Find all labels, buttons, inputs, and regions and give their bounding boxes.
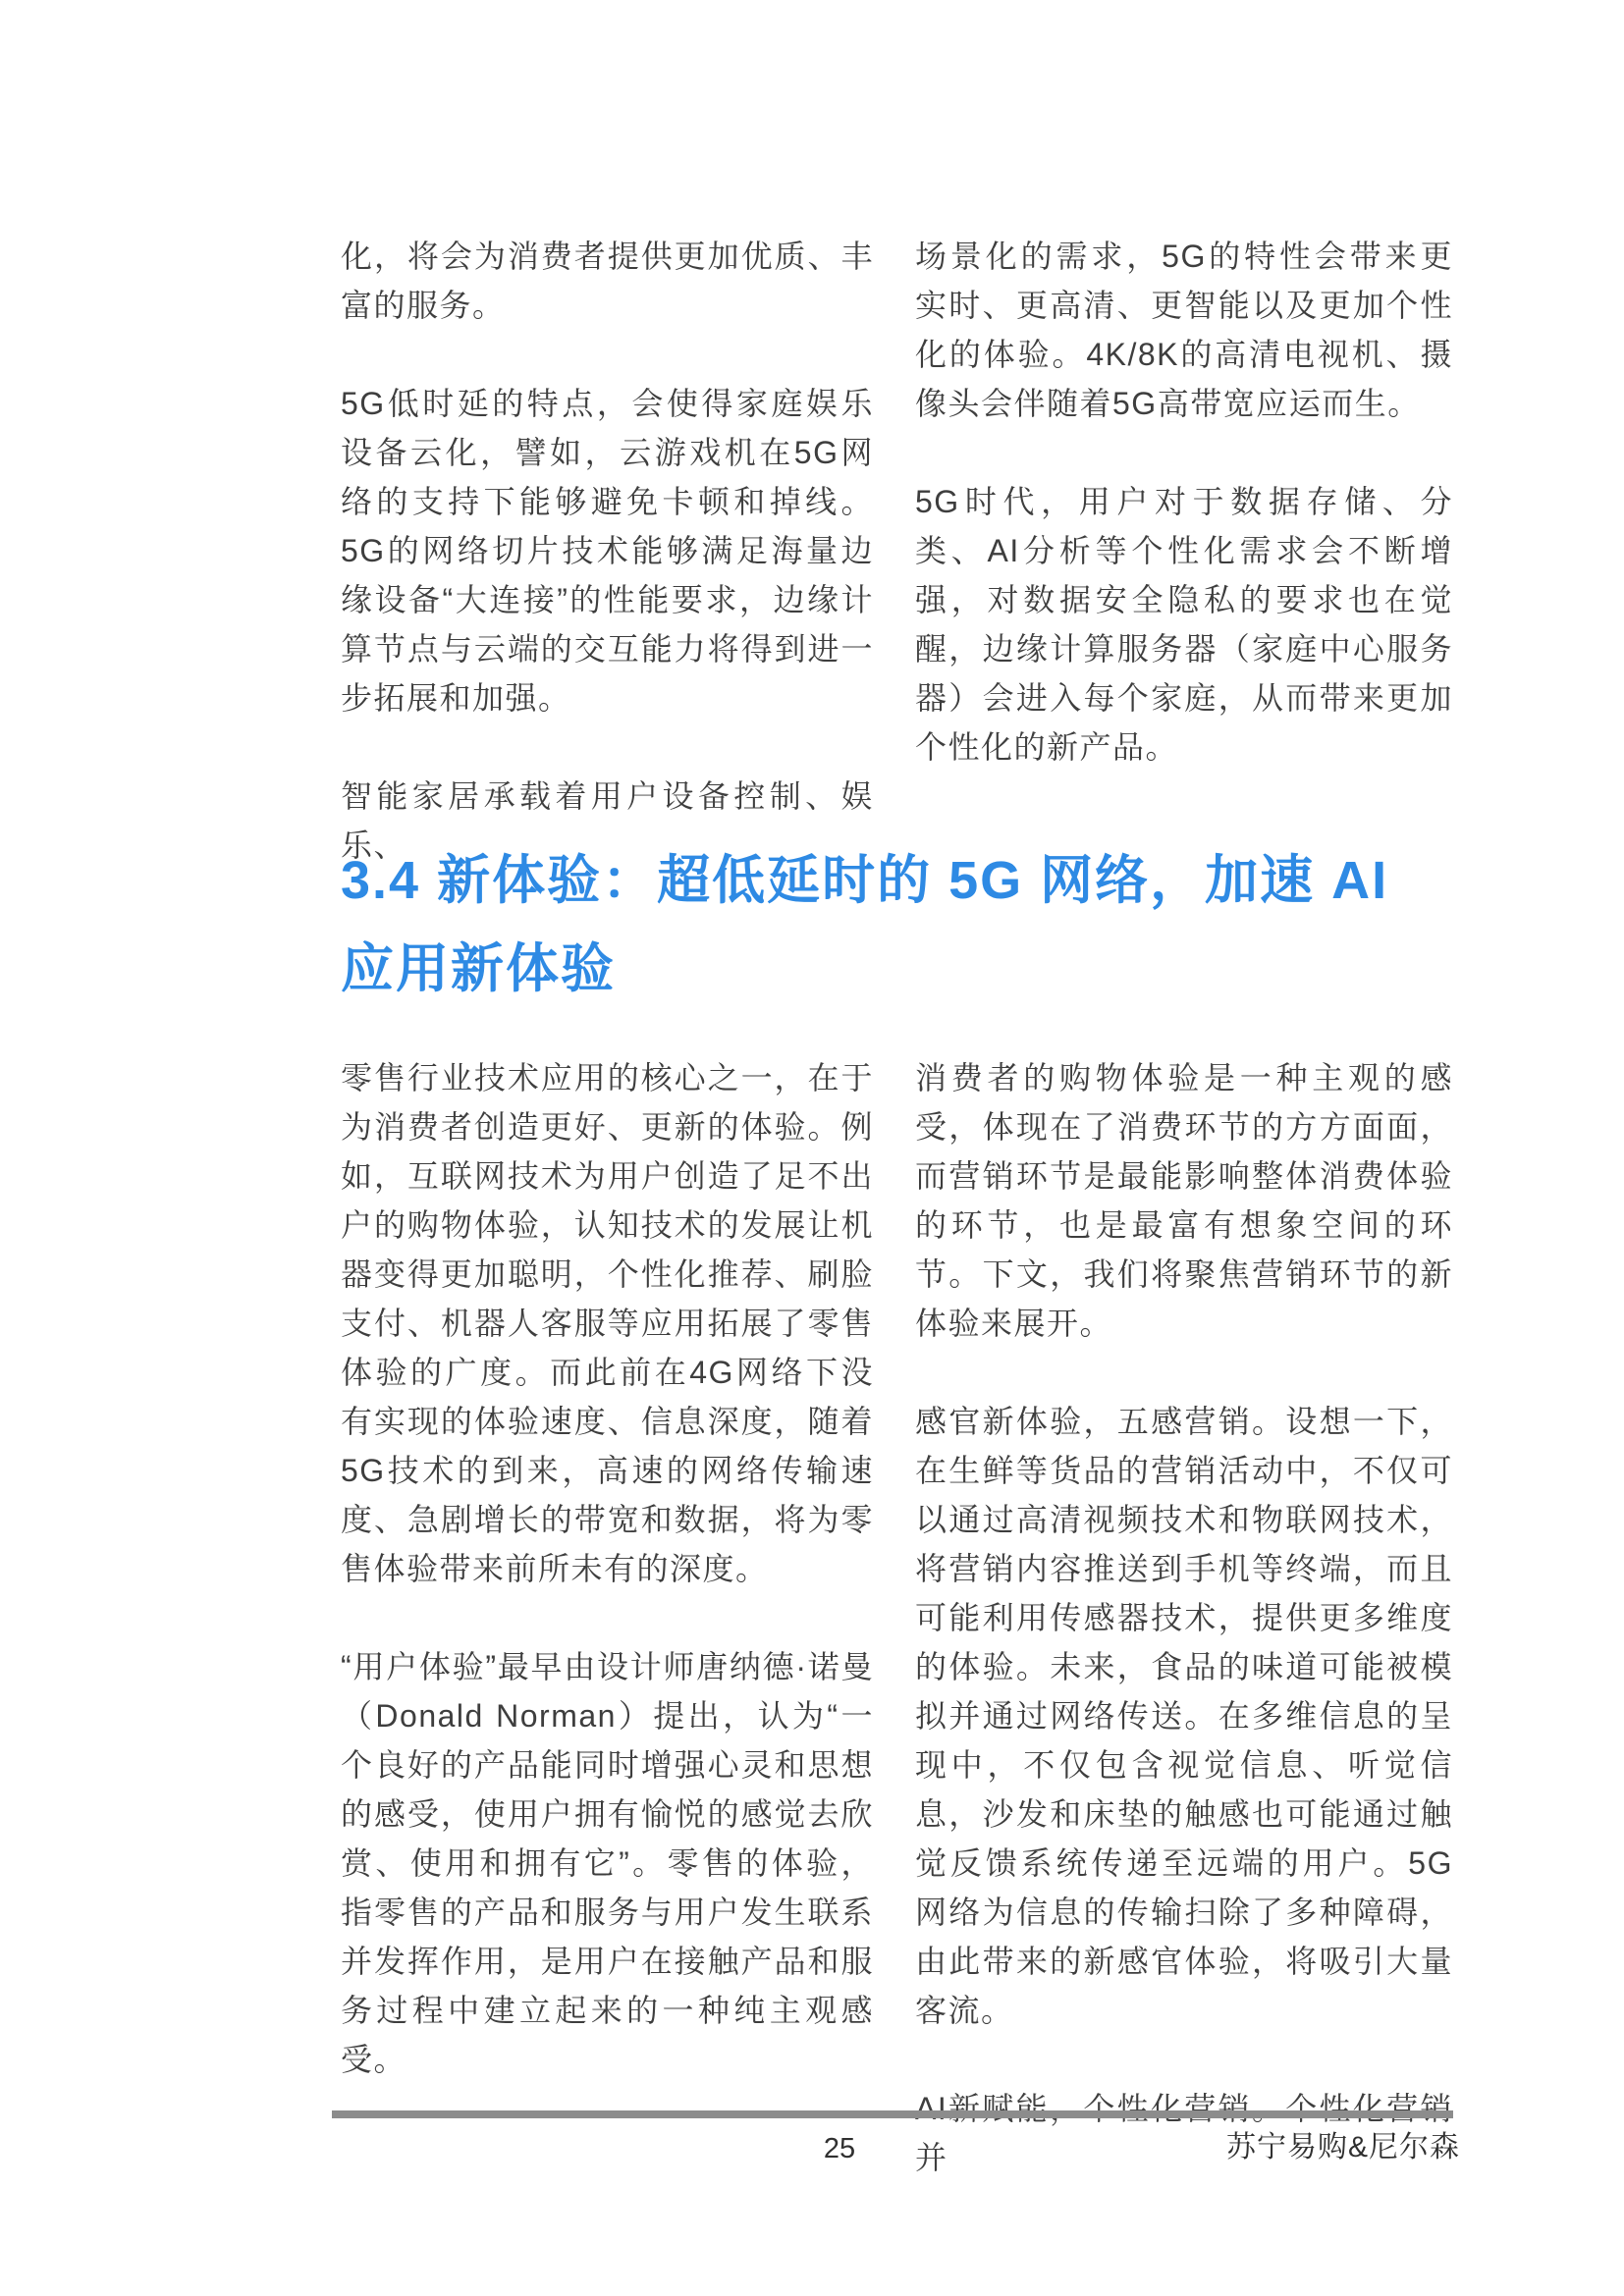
page-number: 25 [741,2132,938,2165]
paragraph: 感官新体验，五感营销。设想一下，在生鲜等货品的营销活动中，不仅可以通过高清视频技… [915,1397,1453,2035]
paragraph: 消费者的购物体验是一种主观的感受，体现在了消费环节的方方面面，而营销环节是最能影… [915,1053,1453,1348]
paragraph: 5G时代，用户对于数据存储、分类、AI分析等个性化需求会不断增强，对数据安全隐私… [915,477,1453,772]
section-heading-line-1: 3.4 新体验：超低延时的 5G 网络，加速 AI [341,836,1489,925]
paragraph: 化，将会为消费者提供更加优质、丰富的服务。 [341,232,874,330]
paragraph: 场景化的需求，5G的特性会带来更实时、更高清、更智能以及更加个性化的体验。4K/… [915,232,1453,428]
bottom-left-column: 零售行业技术应用的核心之一，在于为消费者创造更好、更新的体验。例如，互联网技术为… [341,1053,874,2084]
top-right-column: 场景化的需求，5G的特性会带来更实时、更高清、更智能以及更加个性化的体验。4K/… [915,232,1453,772]
section-heading-line-2: 应用新体验 [341,925,1489,1013]
paragraph: 5G低时延的特点，会使得家庭娱乐设备云化，譬如，云游戏机在5G网络的支持下能够避… [341,379,874,722]
footer-divider-rule [332,2110,1453,2118]
top-left-column: 化，将会为消费者提供更加优质、丰富的服务。 5G低时延的特点，会使得家庭娱乐设备… [341,232,874,870]
bottom-right-column: 消费者的购物体验是一种主观的感受，体现在了消费环节的方方面面，而营销环节是最能影… [915,1053,1453,2182]
report-page: 化，将会为消费者提供更加优质、丰富的服务。 5G低时延的特点，会使得家庭娱乐设备… [0,0,1624,2296]
paragraph: “用户体验”最早由设计师唐纳德·诺曼（Donald Norman）提出，认为“一… [341,1642,874,2084]
footer-source-label: 苏宁易购&尼尔森 [1080,2130,1460,2165]
section-heading: 3.4 新体验：超低延时的 5G 网络，加速 AI 应用新体验 [341,836,1489,1013]
paragraph: 零售行业技术应用的核心之一，在于为消费者创造更好、更新的体验。例如，互联网技术为… [341,1053,874,1593]
